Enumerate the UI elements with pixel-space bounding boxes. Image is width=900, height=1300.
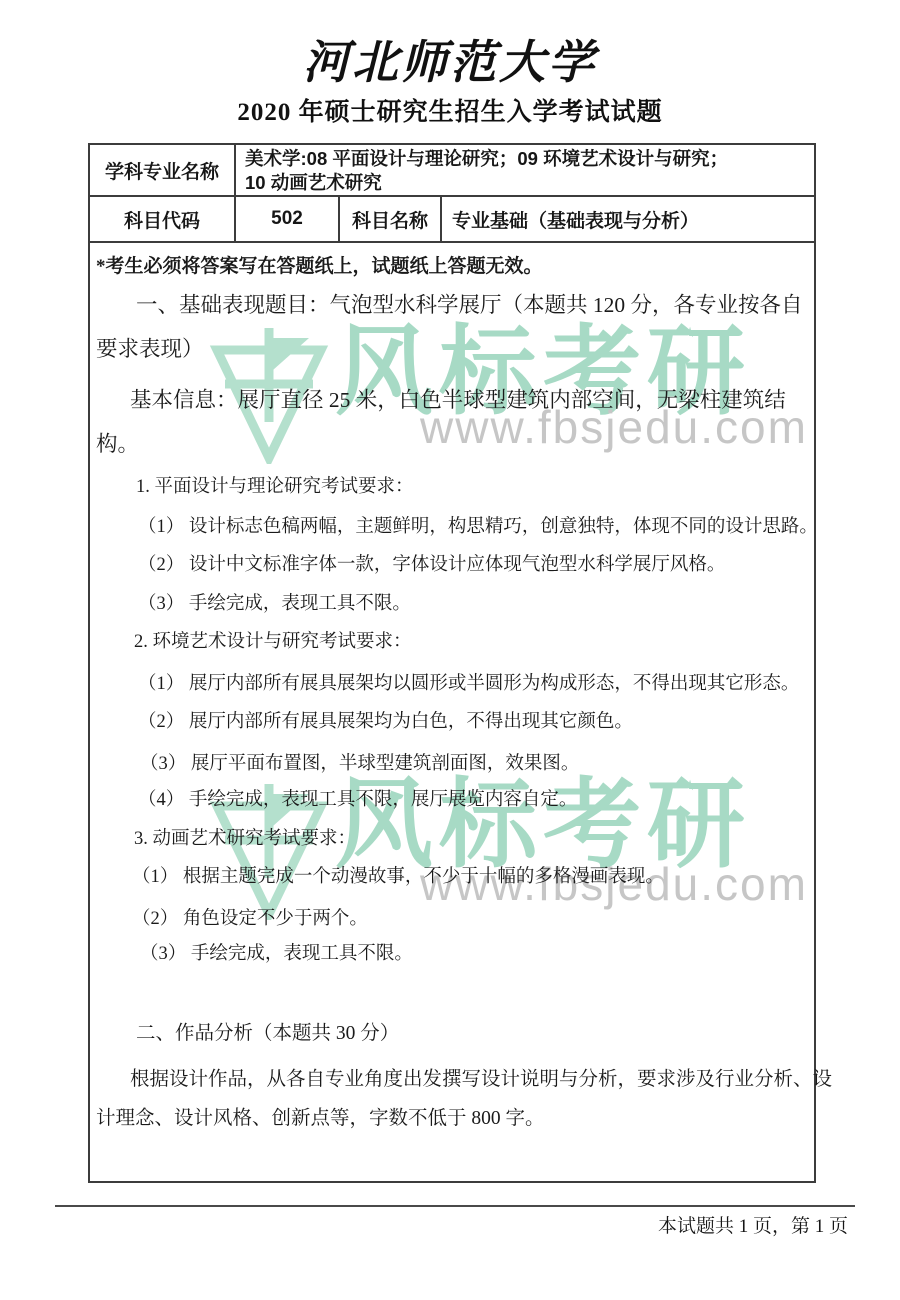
part1-title: 1. 平面设计与理论研究考试要求：: [136, 474, 414, 500]
q1-title-line1: 一、基础表现题目：气泡型水科学展厅（本题共 120 分，各专业按各自: [136, 292, 803, 318]
list-item: （2） 展厅内部所有展具展架均为白色，不得出现其它颜色。: [138, 709, 633, 735]
major-value-line1: 美术学:08 平面设计与理论研究；09 环境艺术设计与研究；: [245, 147, 814, 171]
code-value-cell: 502: [236, 197, 340, 243]
major-label-cell: 学科专业名称: [90, 145, 236, 197]
page-footer: 本试题共 1 页，第 1 页: [658, 1211, 848, 1238]
subject-value-cell: 专业基础（基础表现与分析）: [442, 197, 814, 243]
list-item: （2） 角色设定不少于两个。: [132, 906, 368, 932]
part3-title: 3. 动画艺术研究考试要求：: [134, 826, 356, 852]
list-item: （1） 展厅内部所有展具展架均以圆形或半圆形为构成形态，不得出现其它形态。: [138, 671, 799, 697]
footer-rule: [55, 1205, 855, 1207]
major-value-line2: 10 动画艺术研究: [245, 171, 814, 195]
subject-label-cell: 科目名称: [340, 197, 442, 243]
major-value-cell: 美术学:08 平面设计与理论研究；09 环境艺术设计与研究； 10 动画艺术研究: [236, 145, 814, 197]
list-item: （1） 根据主题完成一个动漫故事，不少于十幅的多格漫画表现。: [132, 864, 664, 890]
exam-content-frame: 学科专业名称 美术学:08 平面设计与理论研究；09 环境艺术设计与研究； 10…: [88, 143, 816, 1183]
list-item: （3） 手绘完成，表现工具不限。: [138, 591, 411, 617]
list-item: （4） 手绘完成，表现工具不限，展厅展览内容自定。: [138, 787, 577, 813]
q1-title-line2: 要求表现）: [96, 336, 204, 362]
part2-title: 2. 环境艺术设计与研究考试要求：: [134, 629, 412, 655]
scanned-exam-paper: { "header": { "university_title": "河北师范大…: [0, 0, 900, 1300]
q2-title: 二、作品分析（本题共 30 分）: [136, 1021, 399, 1047]
notice-line: *考生必须将答案写在答题纸上，试题纸上答题无效。: [96, 254, 543, 280]
code-label-cell: 科目代码: [90, 197, 236, 243]
list-item: （2） 设计中文标准字体一款，字体设计应体现气泡型水科学展厅风格。: [138, 552, 725, 578]
q1-info-line1: 基本信息：展厅直径 25 米，白色半球型建筑内部空间，无梁柱建筑结: [130, 387, 786, 413]
list-item: （3） 手绘完成，表现工具不限。: [140, 941, 413, 967]
q1-info-line2: 构。: [96, 431, 139, 457]
q2-body-line1: 根据设计作品，从各自专业角度出发撰写设计说明与分析，要求涉及行业分析、设: [130, 1067, 832, 1093]
q2-body-line2: 计理念、设计风格、创新点等，字数不低于 800 字。: [96, 1106, 545, 1132]
university-title: 河北师范大学: [0, 26, 900, 92]
exam-title: 2020 年硕士研究生招生入学考试试题: [0, 92, 900, 128]
list-item: （1） 设计标志色稿两幅，主题鲜明，构思精巧，创意独特，体现不同的设计思路。: [138, 514, 818, 540]
list-item: （3） 展厅平面布置图，半球型建筑剖面图，效果图。: [140, 751, 579, 777]
